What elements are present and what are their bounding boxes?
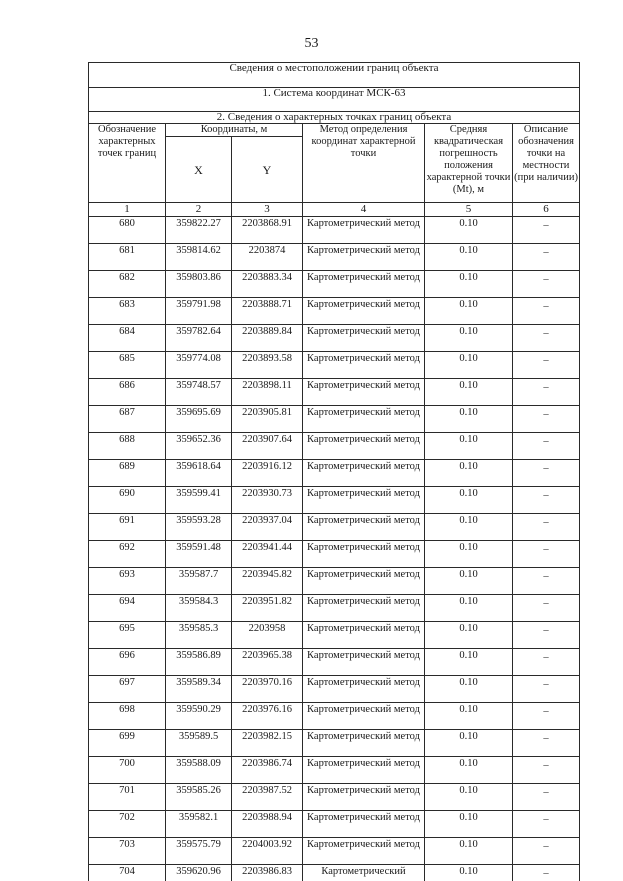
column-number: 4 <box>303 203 425 217</box>
coord-x-text: 359620.96 <box>166 865 231 877</box>
description-text: – <box>513 624 579 636</box>
coord-x-text: 359586.89 <box>166 649 231 661</box>
coord-y-text: 2203888.71 <box>232 298 302 310</box>
cell-coord-x: 359585.3 <box>166 622 232 649</box>
coord-y-text: 2203898.11 <box>232 379 302 391</box>
coord-x-text: 359822.27 <box>166 217 231 229</box>
cell-point-id: 698 <box>89 703 166 730</box>
cell-coord-x: 359584.3 <box>166 595 232 622</box>
cell-coord-x: 359591.48 <box>166 541 232 568</box>
point-id-text: 687 <box>89 406 165 418</box>
method-text: Картометрический метод <box>303 838 424 850</box>
cell-description: – <box>513 865 580 881</box>
cell-error-value: 0.10 <box>425 838 513 865</box>
cell-method: Картометрический метод <box>303 379 425 406</box>
cell-description: – <box>513 595 580 622</box>
description-text: – <box>513 543 579 555</box>
method-text: Картометрический метод <box>303 433 424 445</box>
error-value-text: 0.10 <box>425 568 512 580</box>
coord-x-text: 359584.3 <box>166 595 231 607</box>
error-value-text: 0.10 <box>425 352 512 364</box>
table-row: 704359620.962203986.83Картометрический0.… <box>89 865 580 881</box>
column-number: 5 <box>425 203 513 217</box>
point-id-text: 690 <box>89 487 165 499</box>
coordinate-system-label: 1. Система координат МСК-63 <box>89 88 580 112</box>
description-text: – <box>513 246 579 258</box>
cell-method: Картометрический метод <box>303 541 425 568</box>
coord-x-text: 359589.5 <box>166 730 231 742</box>
method-text: Картометрический метод <box>303 541 424 553</box>
cell-coord-x: 359589.34 <box>166 676 232 703</box>
cell-description: – <box>513 460 580 487</box>
coord-y-text: 2203988.94 <box>232 811 302 823</box>
point-id-text: 681 <box>89 244 165 256</box>
cell-coord-y: 2203874 <box>232 244 303 271</box>
description-text: – <box>513 651 579 663</box>
cell-error-value: 0.10 <box>425 460 513 487</box>
cell-error-value: 0.10 <box>425 352 513 379</box>
cell-coord-y: 2203893.58 <box>232 352 303 379</box>
method-text: Картометрический метод <box>303 298 424 310</box>
description-text: – <box>513 462 579 474</box>
error-value-text: 0.10 <box>425 244 512 256</box>
table-row: 693359587.72203945.82Картометрический ме… <box>89 568 580 595</box>
coord-y-text: 2203930.73 <box>232 487 302 499</box>
coord-y-text: 2203965.38 <box>232 649 302 661</box>
point-id-text: 682 <box>89 271 165 283</box>
point-id-text: 692 <box>89 541 165 553</box>
method-text: Картометрический метод <box>303 811 424 823</box>
description-text: – <box>513 813 579 825</box>
method-text: Картометрический метод <box>303 325 424 337</box>
cell-description: – <box>513 757 580 784</box>
description-text: – <box>513 273 579 285</box>
method-text: Картометрический метод <box>303 757 424 769</box>
cell-description: – <box>513 649 580 676</box>
header-y: Y <box>232 137 303 203</box>
coord-y-text: 2203945.82 <box>232 568 302 580</box>
cell-coord-y: 2203945.82 <box>232 568 303 595</box>
cell-coord-y: 2204003.92 <box>232 838 303 865</box>
point-id-text: 689 <box>89 460 165 472</box>
point-id-text: 691 <box>89 514 165 526</box>
cell-coord-y: 2203987.52 <box>232 784 303 811</box>
cell-coord-x: 359588.09 <box>166 757 232 784</box>
cell-coord-x: 359586.89 <box>166 649 232 676</box>
point-id-text: 694 <box>89 595 165 607</box>
error-value-text: 0.10 <box>425 298 512 310</box>
cell-description: – <box>513 703 580 730</box>
coord-x-text: 359782.64 <box>166 325 231 337</box>
page-number: 53 <box>0 36 623 52</box>
coord-x-text: 359599.41 <box>166 487 231 499</box>
cell-point-id: 704 <box>89 865 166 881</box>
coord-x-text: 359589.34 <box>166 676 231 688</box>
cell-coord-y: 2203930.73 <box>232 487 303 514</box>
cell-method: Картометрический метод <box>303 244 425 271</box>
cell-coord-x: 359585.26 <box>166 784 232 811</box>
cell-error-value: 0.10 <box>425 784 513 811</box>
description-text: – <box>513 516 579 528</box>
cell-description: – <box>513 838 580 865</box>
cell-coord-x: 359652.36 <box>166 433 232 460</box>
method-text: Картометрический метод <box>303 244 424 256</box>
coord-y-text: 2203868.91 <box>232 217 302 229</box>
cell-description: – <box>513 217 580 244</box>
method-text: Картометрический метод <box>303 676 424 688</box>
method-text: Картометрический метод <box>303 271 424 283</box>
table-row: 696359586.892203965.38Картометрический м… <box>89 649 580 676</box>
description-text: – <box>513 327 579 339</box>
coord-y-text: 2203986.83 <box>232 865 302 877</box>
cell-coord-y: 2203958 <box>232 622 303 649</box>
coord-y-text: 2203883.34 <box>232 271 302 283</box>
point-id-text: 684 <box>89 325 165 337</box>
coord-y-text: 2203951.82 <box>232 595 302 607</box>
coord-y-text: 2204003.92 <box>232 838 302 850</box>
cell-coord-x: 359822.27 <box>166 217 232 244</box>
cell-description: – <box>513 271 580 298</box>
cell-method: Картометрический метод <box>303 622 425 649</box>
section-label: 2. Сведения о характерных точках границ … <box>89 112 580 124</box>
method-text: Картометрический метод <box>303 649 424 661</box>
description-text: – <box>513 300 579 312</box>
description-text: – <box>513 408 579 420</box>
table-row: 699359589.52203982.15Картометрический ме… <box>89 730 580 757</box>
cell-method: Картометрический метод <box>303 757 425 784</box>
header-x: X <box>166 137 232 203</box>
coord-x-text: 359803.86 <box>166 271 231 283</box>
error-value-text: 0.10 <box>425 541 512 553</box>
cell-error-value: 0.10 <box>425 487 513 514</box>
boundary-points-table: Сведения о местоположении границ объекта… <box>88 62 580 881</box>
description-text: – <box>513 219 579 231</box>
cell-coord-x: 359814.62 <box>166 244 232 271</box>
cell-error-value: 0.10 <box>425 298 513 325</box>
coord-x-text: 359588.09 <box>166 757 231 769</box>
cell-method: Картометрический метод <box>303 406 425 433</box>
cell-method: Картометрический метод <box>303 703 425 730</box>
cell-error-value: 0.10 <box>425 730 513 757</box>
cell-description: – <box>513 406 580 433</box>
header-method: Метод определения координат характерной … <box>303 124 425 203</box>
cell-point-id: 697 <box>89 676 166 703</box>
description-text: – <box>513 705 579 717</box>
coord-x-text: 359591.48 <box>166 541 231 553</box>
cell-point-id: 695 <box>89 622 166 649</box>
cell-description: – <box>513 352 580 379</box>
coord-x-text: 359575.79 <box>166 838 231 850</box>
cell-point-id: 687 <box>89 406 166 433</box>
coord-y-text: 2203986.74 <box>232 757 302 769</box>
table-row: 684359782.642203889.84Картометрический м… <box>89 325 580 352</box>
cell-error-value: 0.10 <box>425 568 513 595</box>
error-value-text: 0.10 <box>425 379 512 391</box>
cell-coord-y: 2203986.74 <box>232 757 303 784</box>
cell-method: Картометрический метод <box>303 568 425 595</box>
table-row: 697359589.342203970.16Картометрический м… <box>89 676 580 703</box>
cell-point-id: 700 <box>89 757 166 784</box>
cell-description: – <box>513 730 580 757</box>
cell-coord-x: 359695.69 <box>166 406 232 433</box>
coord-y-text: 2203958 <box>232 622 302 634</box>
column-number: 3 <box>232 203 303 217</box>
description-text: – <box>513 732 579 744</box>
point-id-text: 688 <box>89 433 165 445</box>
cell-error-value: 0.10 <box>425 757 513 784</box>
error-value-text: 0.10 <box>425 460 512 472</box>
cell-error-value: 0.10 <box>425 649 513 676</box>
cell-method: Картометрический <box>303 865 425 881</box>
column-number: 6 <box>513 203 580 217</box>
method-text: Картометрический метод <box>303 406 424 418</box>
cell-description: – <box>513 487 580 514</box>
table-row: 698359590.292203976.16Картометрический м… <box>89 703 580 730</box>
coord-y-text: 2203905.81 <box>232 406 302 418</box>
method-text: Картометрический метод <box>303 595 424 607</box>
coord-y-text: 2203987.52 <box>232 784 302 796</box>
cell-point-id: 702 <box>89 811 166 838</box>
cell-coord-y: 2203951.82 <box>232 595 303 622</box>
table-row: 695359585.32203958Картометрический метод… <box>89 622 580 649</box>
point-id-text: 704 <box>89 865 165 877</box>
cell-error-value: 0.10 <box>425 325 513 352</box>
point-id-text: 700 <box>89 757 165 769</box>
point-id-text: 698 <box>89 703 165 715</box>
cell-coord-y: 2203965.38 <box>232 649 303 676</box>
method-text: Картометрический метод <box>303 352 424 364</box>
error-value-text: 0.10 <box>425 703 512 715</box>
coord-x-text: 359590.29 <box>166 703 231 715</box>
cell-point-id: 703 <box>89 838 166 865</box>
cell-error-value: 0.10 <box>425 703 513 730</box>
cell-coord-y: 2203986.83 <box>232 865 303 881</box>
cell-description: – <box>513 298 580 325</box>
table-row: 681359814.622203874Картометрический мето… <box>89 244 580 271</box>
description-text: – <box>513 867 579 879</box>
cell-method: Картометрический метод <box>303 352 425 379</box>
method-text: Картометрический метод <box>303 784 424 796</box>
cell-coord-x: 359620.96 <box>166 865 232 881</box>
coord-x-text: 359585.3 <box>166 622 231 634</box>
cell-method: Картометрический метод <box>303 325 425 352</box>
description-text: – <box>513 678 579 690</box>
cell-method: Картометрический метод <box>303 460 425 487</box>
cell-description: – <box>513 541 580 568</box>
cell-coord-x: 359618.64 <box>166 460 232 487</box>
cell-method: Картометрический метод <box>303 514 425 541</box>
cell-method: Картометрический метод <box>303 811 425 838</box>
error-value-text: 0.10 <box>425 811 512 823</box>
coord-y-text: 2203916.12 <box>232 460 302 472</box>
coord-y-text: 2203874 <box>232 244 302 256</box>
cell-coord-y: 2203907.64 <box>232 433 303 460</box>
table-row: 685359774.082203893.58Картометрический м… <box>89 352 580 379</box>
error-value-text: 0.10 <box>425 406 512 418</box>
cell-point-id: 688 <box>89 433 166 460</box>
cell-coord-y: 2203868.91 <box>232 217 303 244</box>
point-id-text: 685 <box>89 352 165 364</box>
cell-point-id: 701 <box>89 784 166 811</box>
error-value-text: 0.10 <box>425 487 512 499</box>
table-row: 703359575.792204003.92Картометрический м… <box>89 838 580 865</box>
cell-coord-x: 359774.08 <box>166 352 232 379</box>
coord-x-text: 359791.98 <box>166 298 231 310</box>
cell-error-value: 0.10 <box>425 406 513 433</box>
description-text: – <box>513 759 579 771</box>
cell-coord-x: 359587.7 <box>166 568 232 595</box>
description-text: – <box>513 840 579 852</box>
cell-coord-y: 2203916.12 <box>232 460 303 487</box>
table-row: 694359584.32203951.82Картометрический ме… <box>89 595 580 622</box>
cell-coord-y: 2203888.71 <box>232 298 303 325</box>
cell-error-value: 0.10 <box>425 217 513 244</box>
cell-description: – <box>513 622 580 649</box>
table-row: 687359695.692203905.81Картометрический м… <box>89 406 580 433</box>
table-row: 689359618.642203916.12Картометрический м… <box>89 460 580 487</box>
point-id-text: 701 <box>89 784 165 796</box>
error-value-text: 0.10 <box>425 217 512 229</box>
cell-description: – <box>513 514 580 541</box>
cell-error-value: 0.10 <box>425 514 513 541</box>
coord-y-text: 2203941.44 <box>232 541 302 553</box>
cell-coord-y: 2203883.34 <box>232 271 303 298</box>
point-id-text: 697 <box>89 676 165 688</box>
cell-error-value: 0.10 <box>425 676 513 703</box>
coord-y-text: 2203893.58 <box>232 352 302 364</box>
cell-coord-x: 359748.57 <box>166 379 232 406</box>
cell-coord-x: 359582.1 <box>166 811 232 838</box>
table-row: 701359585.262203987.52Картометрический м… <box>89 784 580 811</box>
table-row: 690359599.412203930.73Картометрический м… <box>89 487 580 514</box>
table-row: 682359803.862203883.34Картометрический м… <box>89 271 580 298</box>
method-text: Картометрический метод <box>303 730 424 742</box>
header-description: Описание обозначения точки на местности … <box>513 124 580 203</box>
cell-point-id: 686 <box>89 379 166 406</box>
description-text: – <box>513 786 579 798</box>
cell-coord-y: 2203970.16 <box>232 676 303 703</box>
method-text: Картометрический метод <box>303 568 424 580</box>
cell-description: – <box>513 784 580 811</box>
point-id-text: 696 <box>89 649 165 661</box>
cell-coord-x: 359803.86 <box>166 271 232 298</box>
coord-x-text: 359695.69 <box>166 406 231 418</box>
description-text: – <box>513 570 579 582</box>
cell-description: – <box>513 433 580 460</box>
method-text: Картометрический метод <box>303 217 424 229</box>
cell-method: Картометрический метод <box>303 649 425 676</box>
cell-point-id: 680 <box>89 217 166 244</box>
cell-coord-y: 2203905.81 <box>232 406 303 433</box>
cell-point-id: 690 <box>89 487 166 514</box>
coord-x-text: 359748.57 <box>166 379 231 391</box>
cell-point-id: 689 <box>89 460 166 487</box>
point-id-text: 702 <box>89 811 165 823</box>
header-point-designation: Обозначение характерных точек границ <box>89 124 166 203</box>
cell-coord-x: 359593.28 <box>166 514 232 541</box>
cell-coord-x: 359782.64 <box>166 325 232 352</box>
coord-x-text: 359774.08 <box>166 352 231 364</box>
cell-coord-x: 359599.41 <box>166 487 232 514</box>
cell-point-id: 684 <box>89 325 166 352</box>
column-number: 2 <box>166 203 232 217</box>
error-value-text: 0.10 <box>425 730 512 742</box>
cell-point-id: 699 <box>89 730 166 757</box>
error-value-text: 0.10 <box>425 595 512 607</box>
method-text: Картометрический метод <box>303 514 424 526</box>
method-text: Картометрический метод <box>303 703 424 715</box>
cell-error-value: 0.10 <box>425 541 513 568</box>
cell-error-value: 0.10 <box>425 433 513 460</box>
cell-method: Картометрический метод <box>303 433 425 460</box>
cell-method: Картометрический метод <box>303 730 425 757</box>
point-id-text: 695 <box>89 622 165 634</box>
cell-method: Картометрический метод <box>303 271 425 298</box>
method-text: Картометрический метод <box>303 487 424 499</box>
point-id-text: 683 <box>89 298 165 310</box>
point-id-text: 693 <box>89 568 165 580</box>
cell-error-value: 0.10 <box>425 379 513 406</box>
cell-description: – <box>513 379 580 406</box>
cell-coord-x: 359575.79 <box>166 838 232 865</box>
method-text: Картометрический метод <box>303 379 424 391</box>
error-value-text: 0.10 <box>425 433 512 445</box>
cell-coord-x: 359590.29 <box>166 703 232 730</box>
cell-point-id: 696 <box>89 649 166 676</box>
error-value-text: 0.10 <box>425 622 512 634</box>
coord-x-text: 359618.64 <box>166 460 231 472</box>
error-value-text: 0.10 <box>425 325 512 337</box>
table-row: 688359652.362203907.64Картометрический м… <box>89 433 580 460</box>
point-id-text: 686 <box>89 379 165 391</box>
cell-coord-y: 2203898.11 <box>232 379 303 406</box>
coord-y-text: 2203976.16 <box>232 703 302 715</box>
error-value-text: 0.10 <box>425 649 512 661</box>
point-id-text: 699 <box>89 730 165 742</box>
cell-coord-y: 2203976.16 <box>232 703 303 730</box>
cell-error-value: 0.10 <box>425 244 513 271</box>
point-id-text: 680 <box>89 217 165 229</box>
cell-error-value: 0.10 <box>425 811 513 838</box>
cell-error-value: 0.10 <box>425 595 513 622</box>
coord-y-text: 2203907.64 <box>232 433 302 445</box>
coord-y-text: 2203970.16 <box>232 676 302 688</box>
cell-point-id: 681 <box>89 244 166 271</box>
error-value-text: 0.10 <box>425 757 512 769</box>
cell-method: Картометрический метод <box>303 784 425 811</box>
cell-description: – <box>513 676 580 703</box>
cell-description: – <box>513 811 580 838</box>
table-row: 702359582.12203988.94Картометрический ме… <box>89 811 580 838</box>
error-value-text: 0.10 <box>425 271 512 283</box>
cell-point-id: 682 <box>89 271 166 298</box>
header-coordinates: Координаты, м <box>166 124 303 137</box>
method-text: Картометрический метод <box>303 622 424 634</box>
coord-x-text: 359652.36 <box>166 433 231 445</box>
description-text: – <box>513 597 579 609</box>
point-id-text: 703 <box>89 838 165 850</box>
description-text: – <box>513 489 579 501</box>
cell-coord-x: 359589.5 <box>166 730 232 757</box>
cell-coord-x: 359791.98 <box>166 298 232 325</box>
cell-coord-y: 2203982.15 <box>232 730 303 757</box>
cell-method: Картометрический метод <box>303 838 425 865</box>
coord-x-text: 359587.7 <box>166 568 231 580</box>
description-text: – <box>513 435 579 447</box>
header-error: Средняя квадратическая погрешность полож… <box>425 124 513 203</box>
cell-point-id: 691 <box>89 514 166 541</box>
cell-point-id: 694 <box>89 595 166 622</box>
